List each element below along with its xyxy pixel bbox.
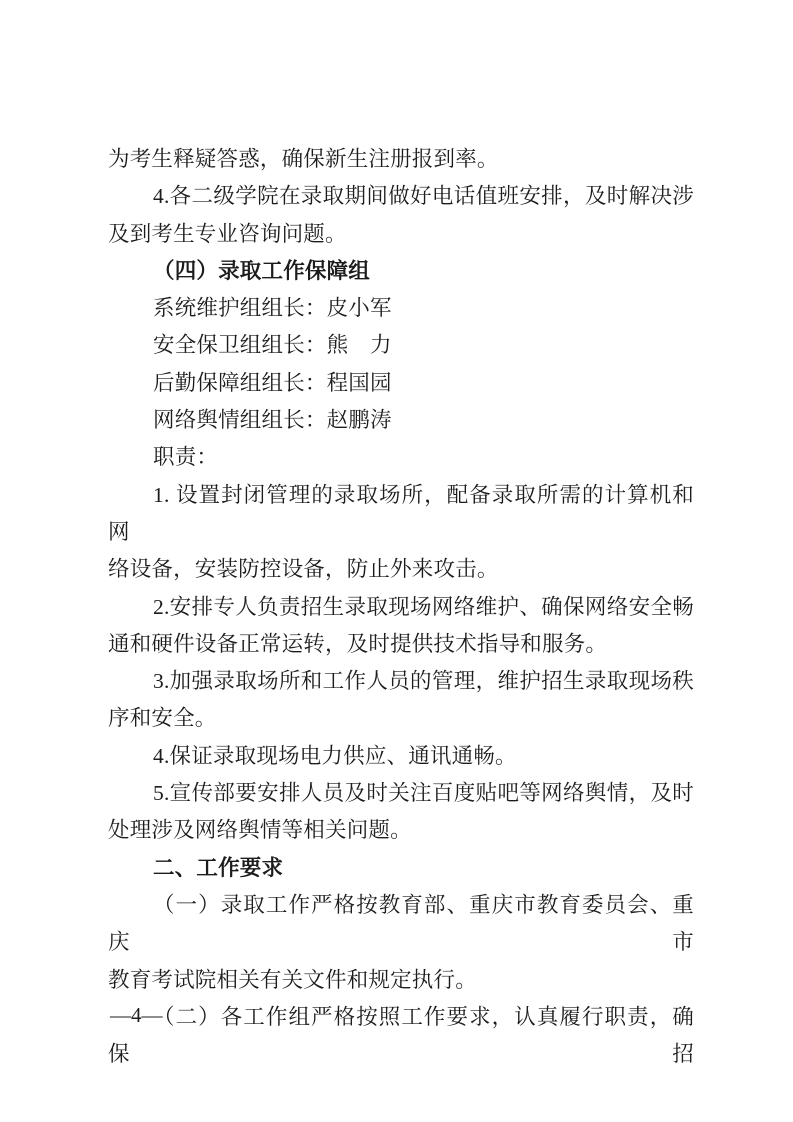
- duty-item-3-continued: 序和安全。: [108, 700, 694, 737]
- list-item-public-opinion-lead: 网络舆情组组长：赵鹏涛: [108, 402, 694, 439]
- section-heading-work-requirements: 二、工作要求: [108, 850, 694, 887]
- requirement-item-1: （一）录取工作严格按教育部、重庆市教育委员会、重庆市: [108, 887, 694, 962]
- section-heading-guarantee-group: （四）录取工作保障组: [108, 253, 694, 290]
- duty-item-2-continued: 通和硬件设备正常运转，及时提供技术指导和服务。: [108, 626, 694, 663]
- document-body: 为考生释疑答惑，确保新生注册报到率。 4.各二级学院在录取期间做好电话值班安排，…: [108, 141, 694, 1073]
- duty-item-1: 1. 设置封闭管理的录取场所，配备录取所需的计算机和网: [108, 477, 694, 552]
- list-item-security-lead: 安全保卫组组长：熊 力: [108, 327, 694, 364]
- duty-item-5-continued: 处理涉及网络舆情等相关问题。: [108, 812, 694, 849]
- document-page: 为考生释疑答惑，确保新生注册报到率。 4.各二级学院在录取期间做好电话值班安排，…: [0, 0, 793, 1122]
- duty-item-5: 5.宣传部要安排人员及时关注百度贴吧等网络舆情，及时: [108, 775, 694, 812]
- requirement-item-1-continued: 教育考试院相关有关文件和规定执行。: [108, 962, 694, 999]
- paragraph-line: 为考生释疑答惑，确保新生注册报到率。: [108, 141, 694, 178]
- duty-item-4: 4.保证录取现场电力供应、通讯通畅。: [108, 738, 694, 775]
- requirement-item-2: （二）各工作组严格按照工作要求，认真履行职责，确保招: [108, 999, 694, 1074]
- page-number: —4—: [110, 1001, 163, 1029]
- list-item-logistics-lead: 后勤保障组组长：程国园: [108, 365, 694, 402]
- duty-item-1-continued: 络设备，安装防控设备，防止外来攻击。: [108, 551, 694, 588]
- paragraph-line: 4.各二级学院在录取期间做好电话值班安排，及时解决涉: [108, 178, 694, 215]
- duty-item-3: 3.加强录取场所和工作人员的管理，维护招生录取现场秩: [108, 663, 694, 700]
- duty-item-2: 2.安排专人负责招生录取现场网络维护、确保网络安全畅: [108, 589, 694, 626]
- list-item-system-maintenance-lead: 系统维护组组长：皮小军: [108, 290, 694, 327]
- duties-label: 职责：: [108, 439, 694, 476]
- paragraph-line: 及到考生专业咨询问题。: [108, 216, 694, 253]
